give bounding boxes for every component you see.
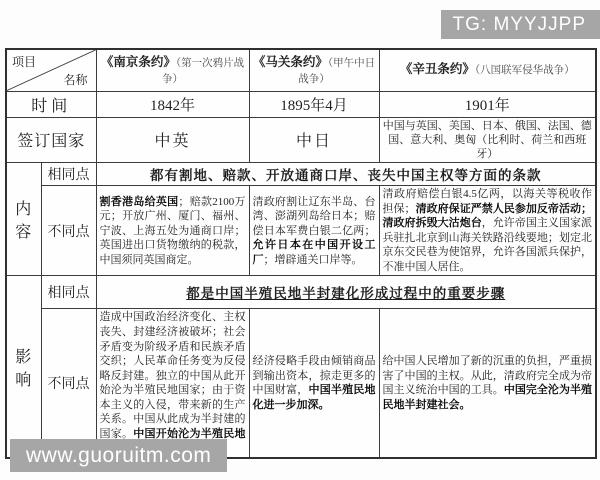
row-label-countries: 签订国家 <box>6 117 96 163</box>
watermark-bottom-left: www.guoruitm.com <box>10 439 227 472</box>
corner-label-item: 项目 <box>12 53 36 70</box>
time-xinchou: 1901年 <box>379 91 596 117</box>
time-maguan: 1895年4月 <box>249 91 379 117</box>
section-label-influence: 影响 <box>6 276 41 458</box>
column-header-xinchou: 《辛丑条约》（八国联军侵华战争） <box>379 49 596 91</box>
treaty-title: 《马关条约》 <box>253 55 328 69</box>
countries-nanjing: 中英 <box>96 117 249 163</box>
content-same-text: 都有割地、赔款、开放通商口岸、丧失中国主权等方面的条款 <box>96 163 596 186</box>
influence-same-text: 都是中国半殖民地半封建化形成过程中的重要步骤 <box>96 276 596 309</box>
section-label-content: 内容 <box>6 163 41 276</box>
content-diff-xinchou: 清政府赔偿白银4.5亿两，以海关等税收作担保；清政府保证严禁人民参加反帝活动；清… <box>379 186 596 276</box>
influence-diff-label: 不同点 <box>41 309 96 458</box>
treaty-title: 《辛丑条约》 <box>400 62 475 76</box>
column-header-nanjing: 《南京条约》（第一次鸦片战争） <box>96 49 249 91</box>
row-label-time: 时间 <box>6 91 96 117</box>
influence-same-text-inner: 都是中国半殖民地半封建化形成过程中的重要步骤 <box>186 286 505 301</box>
watermark-top-right: TG: MYYJJPP <box>441 10 600 39</box>
treaty-comparison-table: 项目 名称 《南京条约》（第一次鸦片战争） 《马关条约》（甲午中日战争） 《辛丑… <box>5 48 597 459</box>
content-same-label: 相同点 <box>41 163 96 186</box>
influence-same-label: 相同点 <box>41 276 96 309</box>
time-nanjing: 1842年 <box>96 91 249 117</box>
watermark-top-right-text: TG: MYYJJPP <box>453 14 586 36</box>
influence-diff-maguan: 经济侵略手段由倾销商品到输出资本，掠走更多的中国财富，中国半殖民地化进一步加深。 <box>249 309 379 458</box>
content-diff-maguan: 清政府割让辽东半岛、台湾、澎湖列岛给日本；赔偿日本军费白银二亿两；允许日本在中国… <box>249 186 379 276</box>
countries-xinchou: 中国与英国、美国、日本、俄国、法国、德国、意大利、奥匈（比利时、荷兰和西班牙） <box>379 117 596 163</box>
corner-header-cell: 项目 名称 <box>6 49 96 91</box>
column-header-maguan: 《马关条约》（甲午中日战争） <box>249 49 379 91</box>
countries-maguan: 中日 <box>249 117 379 163</box>
influence-diff-nanjing: 造成中国政治经济变化、主权丧失、封建经济被破坏；社会矛盾变为阶级矛盾和民族矛盾交… <box>96 309 249 458</box>
corner-label-name: 名称 <box>63 71 87 88</box>
influence-diff-xinchou: 给中国人民增加了新的沉重的负担，严重损害了中国的主权。从此，清政府完全成为帝国主… <box>379 309 596 458</box>
content-diff-label: 不同点 <box>41 186 96 276</box>
treaty-subtitle: （八国联军侵华战争） <box>475 65 575 76</box>
treaty-title: 《南京条约》 <box>101 55 176 69</box>
content-diff-nanjing: 割香港岛给英国；赔款2100万元；开放广州、厦门、福州、宁波、上海五处为通商口岸… <box>96 186 249 276</box>
watermark-bottom-left-text: www.guoruitm.com <box>26 444 211 468</box>
